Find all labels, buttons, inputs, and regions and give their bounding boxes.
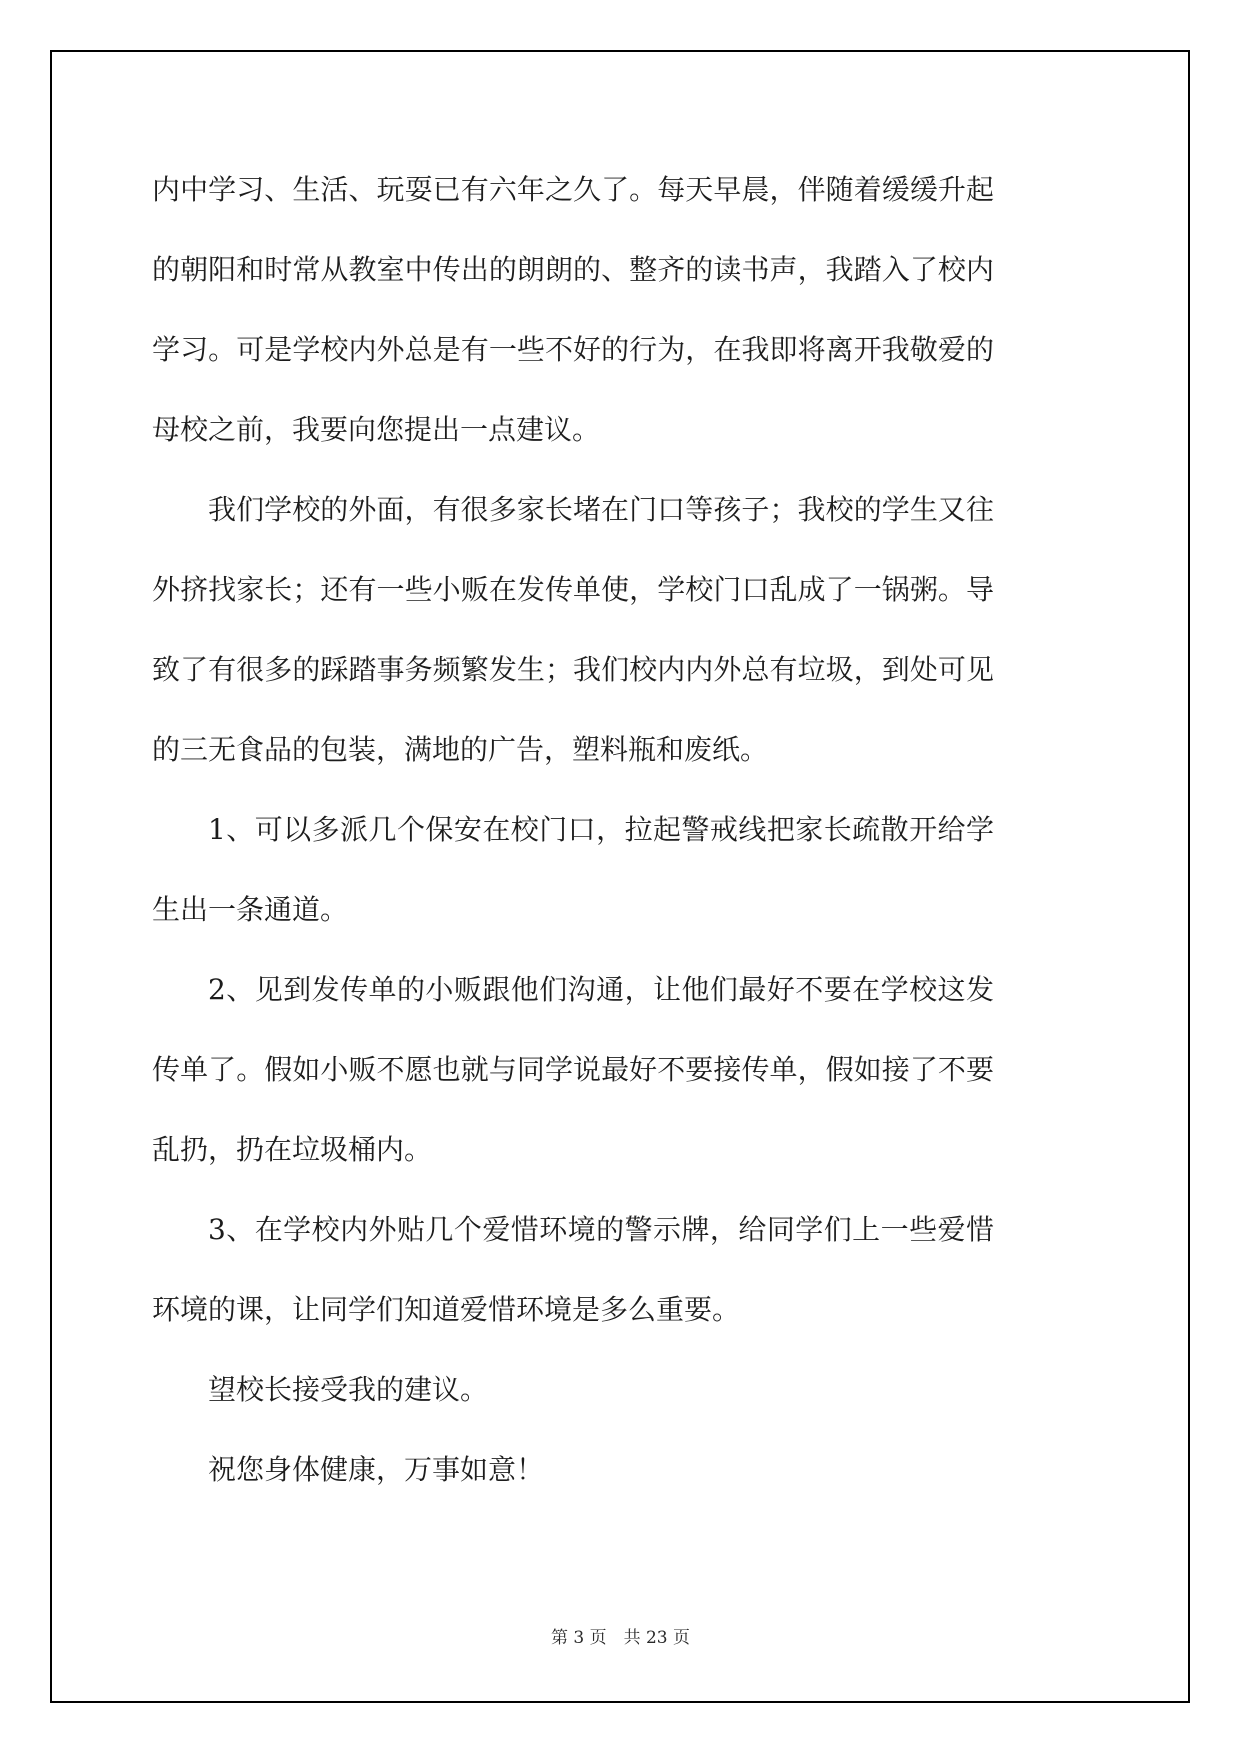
document-page: 内中学习、生活、玩耍已有六年之久了。每天早晨，伴随着缓缓升起的朝阳和时常从教室中… xyxy=(0,0,1241,1754)
paragraph: 我们学校的外面，有很多家长堵在门口等孩子；我校的学生又往外挤找家长；还有一些小贩… xyxy=(152,470,994,790)
paragraph: 望校长接受我的建议。 xyxy=(152,1350,994,1430)
paragraph: 内中学习、生活、玩耍已有六年之久了。每天早晨，伴随着缓缓升起的朝阳和时常从教室中… xyxy=(152,150,994,470)
page-number: 第 3 页 共 23 页 xyxy=(551,1628,690,1648)
page-footer: 第 3 页 共 23 页 xyxy=(0,1626,1241,1650)
paragraph: 1、可以多派几个保安在校门口，拉起警戒线把家长疏散开给学生出一条通道。 xyxy=(152,790,994,950)
paragraph: 祝您身体健康，万事如意！ xyxy=(152,1430,994,1510)
paragraph: 3、在学校内外贴几个爱惜环境的警示牌，给同学们上一些爱惜环境的课，让同学们知道爱… xyxy=(152,1190,994,1350)
document-body: 内中学习、生活、玩耍已有六年之久了。每天早晨，伴随着缓缓升起的朝阳和时常从教室中… xyxy=(152,150,994,1510)
paragraph: 2、见到发传单的小贩跟他们沟通，让他们最好不要在学校这发传单了。假如小贩不愿也就… xyxy=(152,950,994,1190)
